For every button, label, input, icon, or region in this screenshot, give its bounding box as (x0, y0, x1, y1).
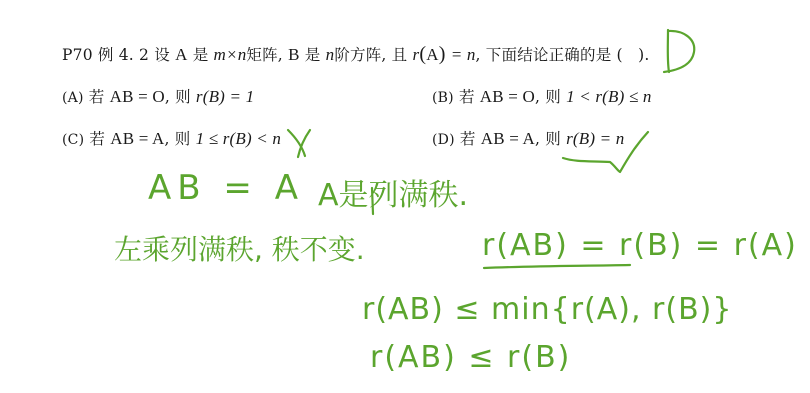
note-rank-ab-le-rank-b: r(AB) ≤ r(B) (370, 340, 571, 375)
underline-stroke (484, 265, 630, 268)
note-a-full-column-rank: A是列满秩. (318, 170, 468, 214)
cross-icon (288, 130, 310, 157)
option-d: (D) 若 AB = A, 则 r(B) = n (432, 128, 625, 151)
note-rank-min-inequality: r(AB) ≤ min{r(A), r(B)} (362, 292, 732, 327)
option-c: (C) 若 AB = A, 则 1 ≤ r(B) < n (62, 128, 281, 151)
answer-d-mark (664, 30, 694, 72)
note-rank-equality: r(AB) = r(B) = r(A) (482, 228, 798, 263)
note-ab-eq-a: AB = A (148, 168, 304, 208)
option-a: (A) 若 AB = O, 则 r(B) = 1 (62, 86, 254, 109)
question-stem: P70 例 4. 2 设 A 是 m×n矩阵, B 是 n阶方阵, 且 r(A)… (62, 43, 650, 66)
option-b: (B) 若 AB = O, 则 1 < r(B) ≤ n (432, 86, 652, 109)
note-left-multiply-rank-unchanged: 左乘列满秩, 秩不变. (114, 228, 365, 268)
question-ref: P70 例 4. 2 (62, 46, 149, 64)
